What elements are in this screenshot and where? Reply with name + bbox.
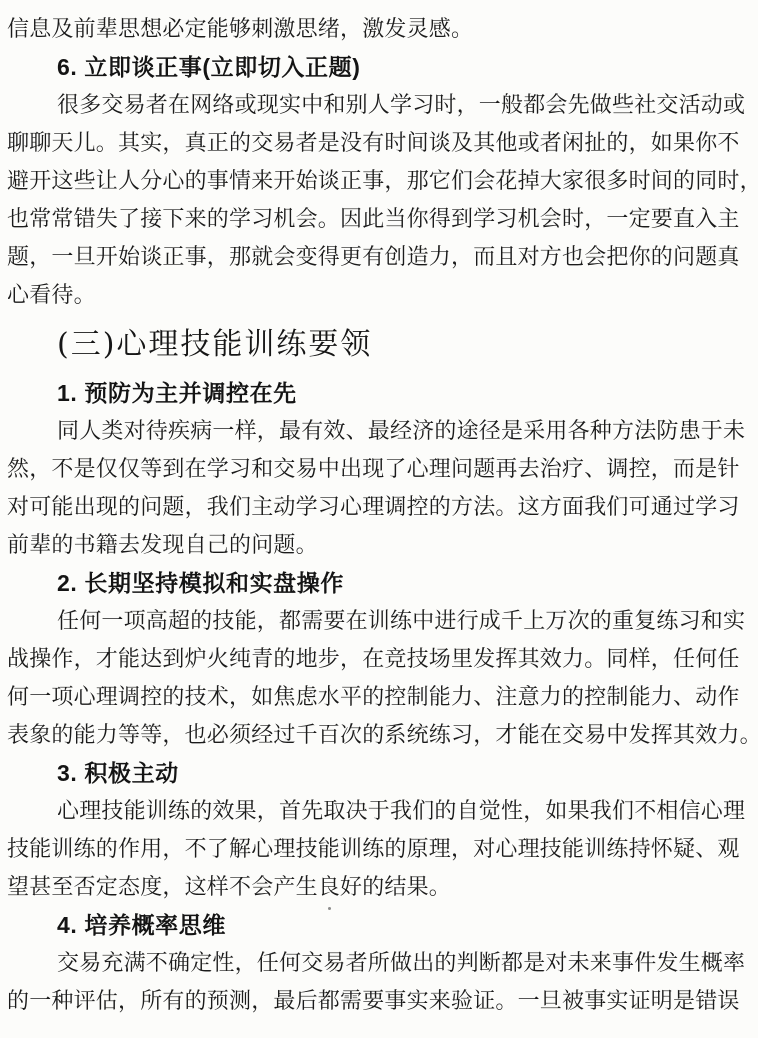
text-line: 望甚至否定态度，这样不会产生良好的结果。 — [7, 868, 746, 906]
paragraph: 任何一项高超的技能，都需要在训练中进行成千上万次的重复练习和实 战操作，才能达到… — [7, 602, 746, 754]
text-line: 很多交易者在网络或现实中和别人学习时，一般都会先做些社交活动或 — [7, 86, 746, 124]
text-line: 聊聊天儿。其实，真正的交易者是没有时间谈及其他或者闲扯的，如果你不 — [7, 124, 746, 162]
text-line: 任何一项高超的技能，都需要在训练中进行成千上万次的重复练习和实 — [7, 602, 746, 640]
numbered-heading-3: 3. 积极主动 — [57, 754, 746, 792]
numbered-heading-2: 2. 长期坚持模拟和实盘操作 — [57, 564, 746, 602]
paragraph: 心理技能训练的效果，首先取决于我们的自觉性，如果我们不相信心理 技能训练的作用，… — [7, 792, 746, 906]
numbered-heading-1: 1. 预防为主并调控在先 — [57, 374, 746, 412]
text-line: 避开这些让人分心的事情来开始谈正事，那它们会花掉大家很多时间的同时， — [7, 162, 746, 200]
text-line: 同人类对待疾病一样，最有效、最经济的途径是采用各种方法防患于未 — [7, 412, 746, 450]
section-heading: (三)心理技能训练要领 — [57, 322, 746, 368]
paragraph-continuation: 信息及前辈思想必定能够刺激思绪，激发灵感。 — [7, 10, 746, 48]
text-line: 技能训练的作用，不了解心理技能训练的原理，对心理技能训练持怀疑、观 — [7, 830, 746, 868]
text-line: 何一项心理调控的技术，如焦虑水平的控制能力、注意力的控制能力、动作 — [7, 678, 746, 716]
paragraph: 同人类对待疾病一样，最有效、最经济的途径是采用各种方法防患于未 然，不是仅仅等到… — [7, 412, 746, 564]
document-page: 信息及前辈思想必定能够刺激思绪，激发灵感。 6. 立即谈正事(立即切入正题) 很… — [0, 0, 758, 1038]
text-line: 心理技能训练的效果，首先取决于我们的自觉性，如果我们不相信心理 — [7, 792, 746, 830]
paragraph: 很多交易者在网络或现实中和别人学习时，一般都会先做些社交活动或 聊聊天儿。其实，… — [7, 86, 746, 314]
text-line: 信息及前辈思想必定能够刺激思绪，激发灵感。 — [7, 10, 746, 48]
text-line: 交易充满不确定性，任何交易者所做出的判断都是对未来事件发生概率 — [7, 944, 746, 982]
text-line: 心看待。 — [7, 276, 746, 314]
text-line: 对可能出现的问题，我们主动学习心理调控的方法。这方面我们可通过学习 — [7, 488, 746, 526]
numbered-heading-6: 6. 立即谈正事(立即切入正题) — [57, 48, 746, 86]
numbered-heading-4: 4. 培养概率思维 — [57, 906, 746, 944]
text-line: 然，不是仅仅等到在学习和交易中出现了心理问题再去治疗、调控，而是针 — [7, 450, 746, 488]
text-line: 表象的能力等等，也必须经过千百次的系统练习，才能在交易中发挥其效力。 — [7, 716, 746, 754]
text-line: 题，一旦开始谈正事，那就会变得更有创造力，而且对方也会把你的问题真 — [7, 238, 746, 276]
text-line: 前辈的书籍去发现自己的问题。 — [7, 526, 746, 564]
text-line: 战操作，才能达到炉火纯青的地步，在竞技场里发挥其效力。同样，任何任 — [7, 640, 746, 678]
text-line: 也常常错失了接下来的学习机会。因此当你得到学习机会时，一定要直入主 — [7, 200, 746, 238]
paragraph: 交易充满不确定性，任何交易者所做出的判断都是对未来事件发生概率 的一种评估，所有… — [7, 944, 746, 1020]
scan-speck — [328, 907, 331, 910]
text-line: 的一种评估，所有的预测，最后都需要事实来验证。一旦被事实证明是错误 — [7, 982, 746, 1020]
